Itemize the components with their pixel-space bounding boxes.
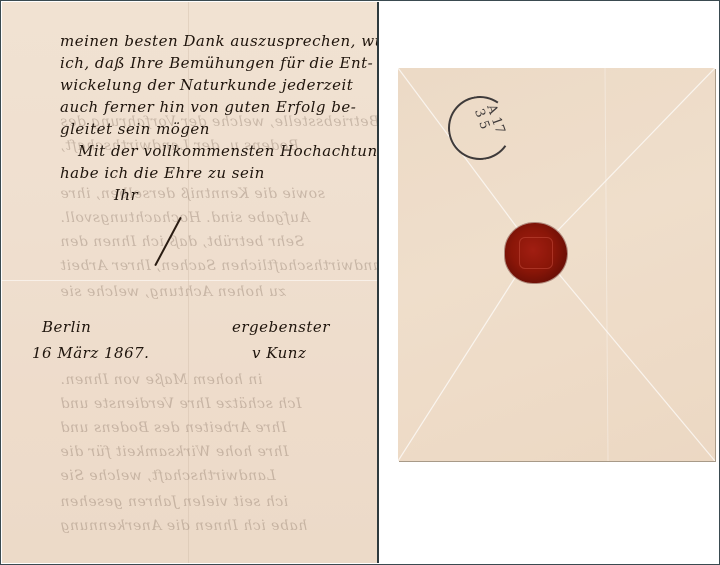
wax-seal: [505, 223, 567, 283]
bleed-through-text: Landwirthschaft, welche Sie: [60, 468, 276, 484]
bleed-through-text: Ich schätze Ihre Verdienste und: [60, 396, 302, 412]
handwritten-line: Mit der vollkommensten Hochachtung: [78, 142, 379, 160]
bleed-through-text: Landwirthschaftlichen Sachen, Ihrer Arbe…: [60, 258, 379, 274]
letter-page: Betriebsstelle, welche der Vorfahrung de…: [2, 2, 379, 563]
handwritten-line: wickelung der Naturkunde jederzeit: [60, 76, 353, 94]
bleed-through-text: zu hohen Achtung, welche sie: [60, 284, 286, 300]
signature-date: 16 März 1867.: [32, 344, 149, 362]
closing-mark: Ihr: [114, 186, 138, 204]
handwritten-line: gleitet sein mögen: [60, 120, 210, 138]
bleed-through-text: sowie die Kenntniß derselben, ihre: [60, 186, 325, 202]
wax-seal-emblem: [519, 237, 553, 269]
signature-place: Berlin: [42, 318, 91, 336]
letter-fold-line: [2, 280, 377, 281]
handwritten-line: ich, daß Ihre Bemühungen für die Ent-: [60, 54, 373, 72]
envelope-back: A 17 3 5: [398, 68, 715, 461]
handwritten-line: habe ich die Ehre zu sein: [60, 164, 265, 182]
bleed-through-text: Ihre Arbeiten des Bodens und: [60, 420, 286, 436]
signature-name: v Kunz: [252, 344, 306, 362]
signature-greeting: ergebenster: [232, 318, 330, 336]
bleed-through-text: ich seit vielen Jahren gesehen: [60, 494, 288, 510]
bleed-through-text: habe ich Ihnen die Anerkennung: [60, 518, 307, 534]
postmark-text: A 17 3 5: [472, 103, 509, 148]
handwritten-line: meinen besten Dank auszusprechen, wünsch…: [60, 32, 379, 50]
bleed-through-text: Ihre hohe Wirksamkeit für die: [60, 444, 289, 460]
bleed-through-text: Sehr betrübt, daß ich Ihnen den: [60, 234, 304, 250]
bleed-through-text: Aufgabe sind. Hochachtungsvoll.: [60, 210, 310, 226]
bleed-through-text: in hohem Maße von Ihnen.: [60, 372, 262, 388]
handwritten-line: auch ferner hin von guten Erfolg be-: [60, 98, 356, 116]
